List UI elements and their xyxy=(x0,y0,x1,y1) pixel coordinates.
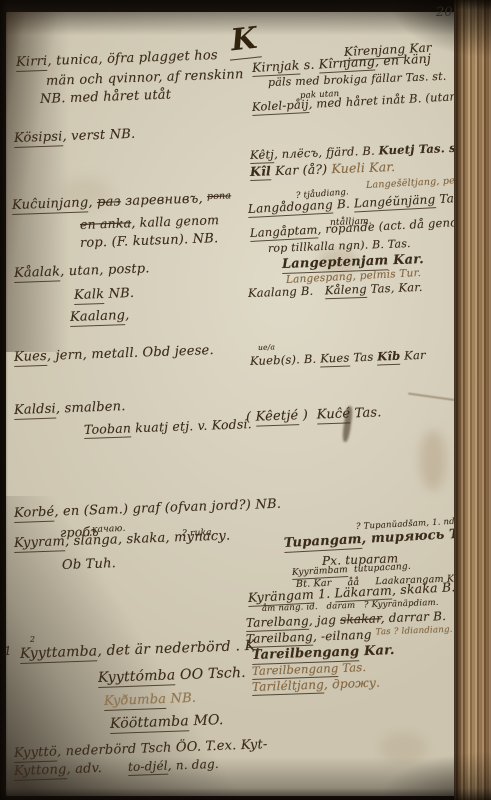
word-segment: s. xyxy=(299,57,319,73)
word-segment: , det är nederbörd . K. xyxy=(97,638,260,660)
word-segment: Kåleng xyxy=(325,282,367,299)
word-segment: Tariléltjang xyxy=(252,677,325,696)
entry-kosipsi: Kösipsi, verst NB. xyxy=(14,128,136,147)
word-segment: 2 xyxy=(30,635,36,644)
entry-kyyttamba-line1: Kyyttamba, det är nederbörd . K. xyxy=(20,639,261,663)
word-segment: Kåalak xyxy=(14,264,61,283)
word-segment: Kêetjé xyxy=(255,408,298,426)
word-segment: tutupacang. xyxy=(348,562,412,575)
word-segment: Kar. xyxy=(359,643,395,659)
word-segment: Kaalang xyxy=(70,308,126,327)
entry-kuetj-ref-line2: Kîl Kar (å?) Kueli Kar. xyxy=(250,160,396,179)
entry-kirri-line1: Kirri, tunica, öfra plagget hos xyxy=(16,49,218,71)
word-segment: Tas. xyxy=(350,405,382,421)
word-segment: OO Tsch. xyxy=(175,665,246,683)
entry-kyyttamba-line4: Kööttamba MO. xyxy=(110,713,224,733)
word-segment: NB. xyxy=(166,691,197,707)
word-segment: Kolel-påij xyxy=(252,97,309,116)
word-segment: Kirri xyxy=(16,54,48,72)
entry-kues: Kues, jern, metall. Obd jeese. xyxy=(14,344,214,366)
word-segment: , kalla genom xyxy=(131,212,219,230)
word-segment: en anka xyxy=(80,215,132,232)
word-segment: Kyyttö xyxy=(14,745,58,763)
entry-tarelbang-line4: Tareilbengang Tas. xyxy=(252,661,367,678)
word-segment: Kîb xyxy=(377,349,401,366)
entry-kyyram-line2: Ob Tuh. xyxy=(62,557,117,573)
word-segment: заревнивъ, xyxy=(121,191,208,209)
word-segment: ( xyxy=(246,410,256,425)
entry-tarelbang-line5: Tariléltjang, дрожу. xyxy=(252,677,381,695)
word-segment: Korbé xyxy=(14,505,55,523)
word-segment: ) xyxy=(298,408,317,424)
word-segment: Tas xyxy=(349,350,377,365)
entry-kyytto-line3: to-djél, n. dag. xyxy=(128,758,219,775)
word-segment: Kuĉuinjang xyxy=(12,195,89,215)
word-segment: , en känj xyxy=(375,51,432,69)
word-segment: Kirnjak xyxy=(252,58,300,77)
word-segment: Kaalang B. xyxy=(248,283,325,300)
word-segment: , n. dag. xyxy=(168,757,220,773)
entry-kaldsi-ref: ( Kêetjé ) Kuĉé Tas. xyxy=(246,406,382,425)
entry-kyyttamba-sup: 2 xyxy=(30,636,36,645)
entry-kucuinjang-line1: Kuĉuinjang, раз заревнивъ, ропа xyxy=(12,191,232,213)
word-segment: ропа xyxy=(207,190,231,202)
word-segment: Tas. xyxy=(338,660,366,675)
word-segment: 1. xyxy=(313,585,334,601)
word-segment: Tas, Kar. xyxy=(367,280,423,296)
entry-kucuinjang-line3: rop. (F. kutsun). NB. xyxy=(80,232,219,251)
entry-kyytto-line2: Kyttong, adv. xyxy=(14,762,107,780)
word-segment: Kuetj Tas. st. xyxy=(378,140,465,157)
word-segment: Kues xyxy=(320,351,350,368)
word-segment: Kêtj xyxy=(250,147,275,164)
word-segment: , adv. xyxy=(66,761,106,777)
entry-kucuinjang-line2: en anka, kalla genom xyxy=(80,213,220,232)
word-segment: Tupangam xyxy=(284,532,363,553)
word-segment: , плёсъ, fjärd. B. xyxy=(274,144,379,162)
word-segment: to-djél xyxy=(128,759,168,776)
word-segment: Kalk xyxy=(74,287,105,305)
entry-kyyttamba-line2: Kyyttómba OO Tsch. xyxy=(98,666,246,687)
entry-kyyttamba-line3: Kyðumba NB. xyxy=(104,692,197,710)
word-segment: , darrar B. xyxy=(380,609,446,625)
word-segment: Langådogang xyxy=(248,198,334,218)
word-segment: Kyyttamba xyxy=(20,643,98,664)
entry-kaalak-line2: Kalk NB. xyxy=(74,287,135,304)
word-segment: , -eilnang xyxy=(313,627,376,643)
word-segment: Tas ? ldiandiang. xyxy=(375,625,452,638)
word-segment: Kueli Kar. xyxy=(331,159,395,176)
word-segment: Kösipsi xyxy=(14,129,63,148)
word-segment: , jag xyxy=(309,613,341,628)
word-segment: Kar xyxy=(400,348,426,363)
word-segment: Kuĉé xyxy=(316,406,350,424)
entry-kues-ref: Kueb(s). B. Kues Tas Kîb Kar xyxy=(250,349,426,368)
word-segment: Langéŭnjäng xyxy=(354,192,436,212)
entry-kirri-line3: NB. med håret utåt xyxy=(40,88,172,107)
word-segment: NB. med håret utåt xyxy=(40,87,172,107)
word-segment: NB. xyxy=(104,286,135,302)
entry-tupangam-line1: Tupangam, тиряюсь Tas xyxy=(284,527,475,551)
entry-kaldsi-line1: Kaldsi, smalben. xyxy=(14,400,126,418)
word-segment: , utan, postp. xyxy=(60,261,150,279)
entry-kyyttamba-margin: 1 xyxy=(4,645,12,659)
entry-kues-ref-note: ue/a xyxy=(258,343,275,352)
word-segment: , xyxy=(125,308,130,323)
word-segment: Kyðumba xyxy=(104,692,167,711)
word-segment: kuatj etj. v. Kodsi. xyxy=(131,416,252,435)
word-segment: ue/a xyxy=(258,342,275,352)
entry-kuetj-ref-line1: Kêtj, плёсъ, fjärd. B. Kuetj Tas. st. xyxy=(250,141,466,161)
word-segment: Ob Tuh. xyxy=(62,556,117,573)
manuscript-scan: 207 K Kirri, tunica, öfra plagget hosmän… xyxy=(0,0,491,800)
handwritten-text-layer: Kirri, tunica, öfra plagget hosmän och q… xyxy=(0,0,491,800)
word-segment: , en (Sam.) graf (ofvan jord?) NB. xyxy=(54,497,281,520)
word-segment: Kööttamba xyxy=(110,713,190,734)
word-segment: , verst NB. xyxy=(62,127,135,145)
entry-kaalak-line1: Kåalak, utan, postp. xyxy=(14,262,150,281)
word-segment: män och qvinnor, af renskinn xyxy=(46,67,244,89)
word-segment: Langåptam xyxy=(250,222,318,242)
word-segment: skakar xyxy=(340,611,381,626)
word-segment: Kar (å?) xyxy=(271,161,332,178)
word-segment: Kyyram xyxy=(14,534,66,553)
word-segment: Kîl xyxy=(250,163,272,181)
entry-korbe-line1: Korbé, en (Sam.) graf (ofvan jord?) NB. xyxy=(14,498,282,522)
word-segment: Kîrnjang xyxy=(318,54,375,74)
entry-kaalak-ref: Kaalang B. Kåleng Tas, Kar. xyxy=(248,281,423,300)
entry-kyytto-line1: Kyyttö, nederbörd Tsch ÖO. T.ex. Kyt- xyxy=(14,738,268,761)
entry-kirri-line2: män och qvinnor, af renskinn xyxy=(46,68,244,89)
word-segment: Tooban xyxy=(84,420,132,439)
word-segment: , jern, metall. Obd jeese. xyxy=(47,343,214,364)
word-segment: раз xyxy=(97,194,121,210)
word-segment: B. xyxy=(333,196,355,211)
entry-kirri-ref-line3: Kolel-påij, med håret inåt B. (utan xyxy=(252,90,458,114)
word-segment: Kaldsi xyxy=(14,402,57,420)
word-segment: , smalben. xyxy=(56,399,126,416)
word-segment: Kar. xyxy=(388,252,424,268)
book-page-edges xyxy=(454,0,491,800)
word-segment: Kyyttómba xyxy=(98,667,176,688)
word-segment: , дрожу. xyxy=(324,676,381,692)
word-segment: rop. (F. kutsun). NB. xyxy=(80,231,219,251)
word-segment: , nederbörd Tsch ÖO. T.ex. Kyt- xyxy=(57,737,268,759)
entry-kaalak-line3: Kaalang, xyxy=(70,309,130,326)
entry-kyyram-line1: Kyyram, slänga, skaka, тупасу. xyxy=(14,529,231,551)
word-segment: Kueb(s). B. xyxy=(250,352,321,368)
word-segment: MO. xyxy=(189,712,224,729)
word-segment: Kues xyxy=(14,349,48,367)
entry-kaldsi-line2: Tooban kuatj etj. v. Kodsi. xyxy=(84,417,252,437)
word-segment: , tunica, öfra plagget hos xyxy=(47,48,218,69)
word-segment: 1 xyxy=(4,644,12,658)
word-segment: Kyttong xyxy=(14,762,67,781)
